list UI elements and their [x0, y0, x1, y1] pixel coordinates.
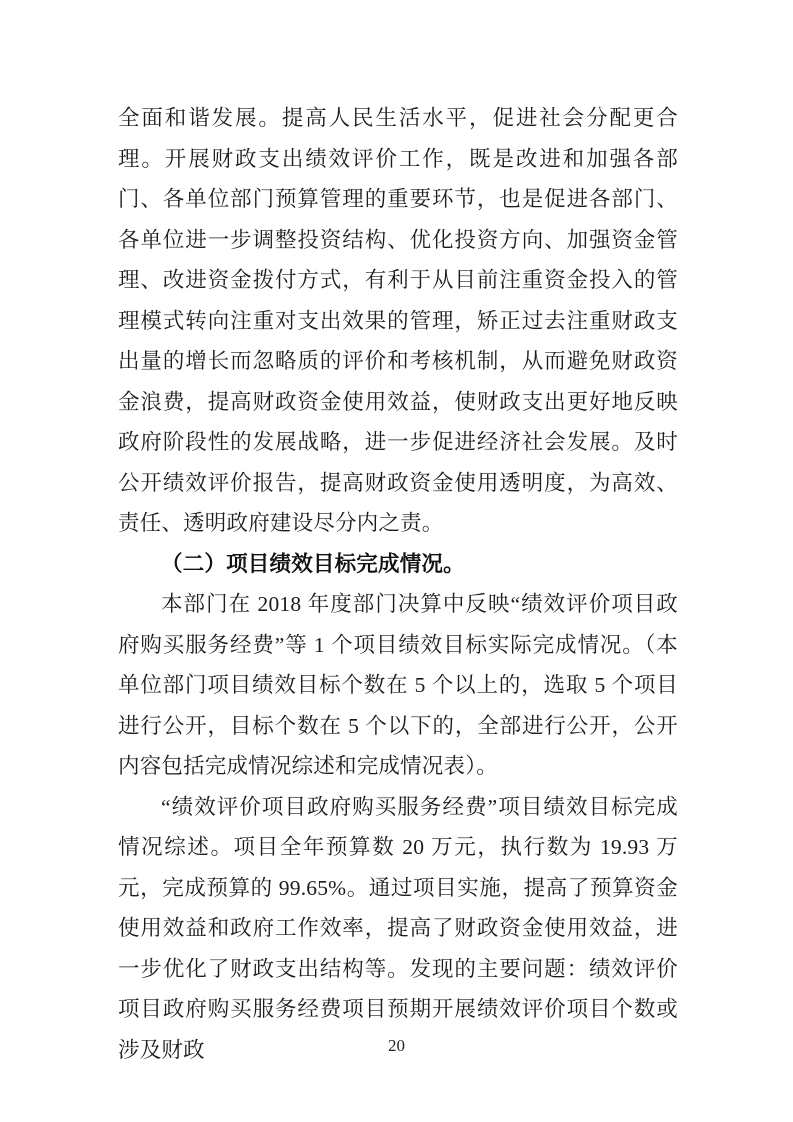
paragraph-project-summary: “绩效评价项目政府购买服务经费”项目绩效目标完成情况综述。项目全年预算数 20 … — [118, 787, 678, 1071]
document-page: 全面和谐发展。提高人民生活水平，促进社会分配更合理。开展财政支出绩效评价工作，既… — [0, 0, 793, 1122]
paragraph-project-targets: 本部门在 2018 年度部门决算中反映“绩效评价项目政府购买服务经费”等 1 个… — [118, 584, 678, 787]
section-heading: （二）项目绩效目标完成情况。 — [118, 544, 678, 585]
page-number: 20 — [0, 1036, 793, 1056]
paragraph-continuation: 全面和谐发展。提高人民生活水平，促进社会分配更合理。开展财政支出绩效评价工作，既… — [118, 98, 678, 544]
page-content: 全面和谐发展。提高人民生活水平，促进社会分配更合理。开展财政支出绩效评价工作，既… — [118, 98, 678, 1070]
